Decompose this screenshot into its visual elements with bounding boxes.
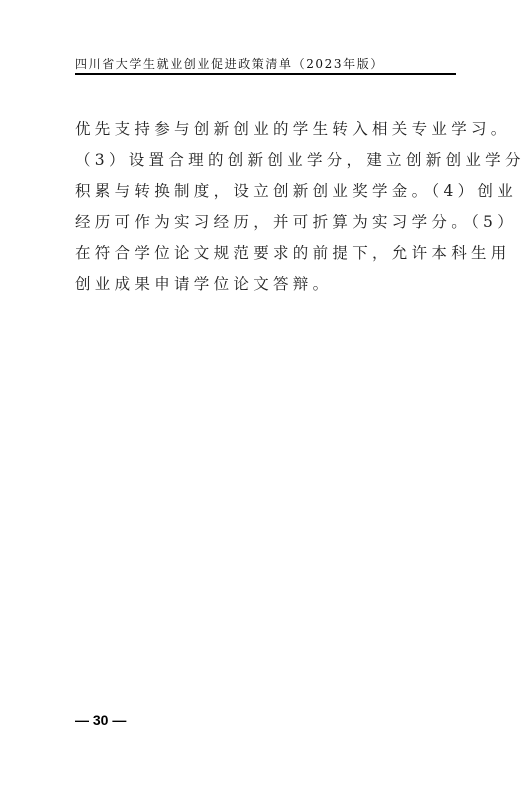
text-line: 积累与转换制度，设立创新创业奖学金。（4）创业	[75, 176, 465, 207]
body-paragraph: 优先支持参与创新创业的学生转入相关专业学习。 （3）设置合理的创新创业学分，建立…	[75, 114, 465, 300]
page-number: — 30 —	[75, 712, 126, 728]
text-line: 创业成果申请学位论文答辩。	[75, 269, 465, 300]
running-header: 四川省大学生就业创业促进政策清单（2023年版）	[75, 55, 384, 72]
text-line: 在符合学位论文规范要求的前提下，允许本科生用	[75, 238, 465, 269]
text-line: 优先支持参与创新创业的学生转入相关专业学习。	[75, 114, 465, 145]
text-line: 经历可作为实习经历，并可折算为实习学分。（5）	[75, 207, 465, 238]
text-line: （3）设置合理的创新创业学分，建立创新创业学分	[75, 145, 465, 176]
header-rule	[75, 73, 456, 75]
